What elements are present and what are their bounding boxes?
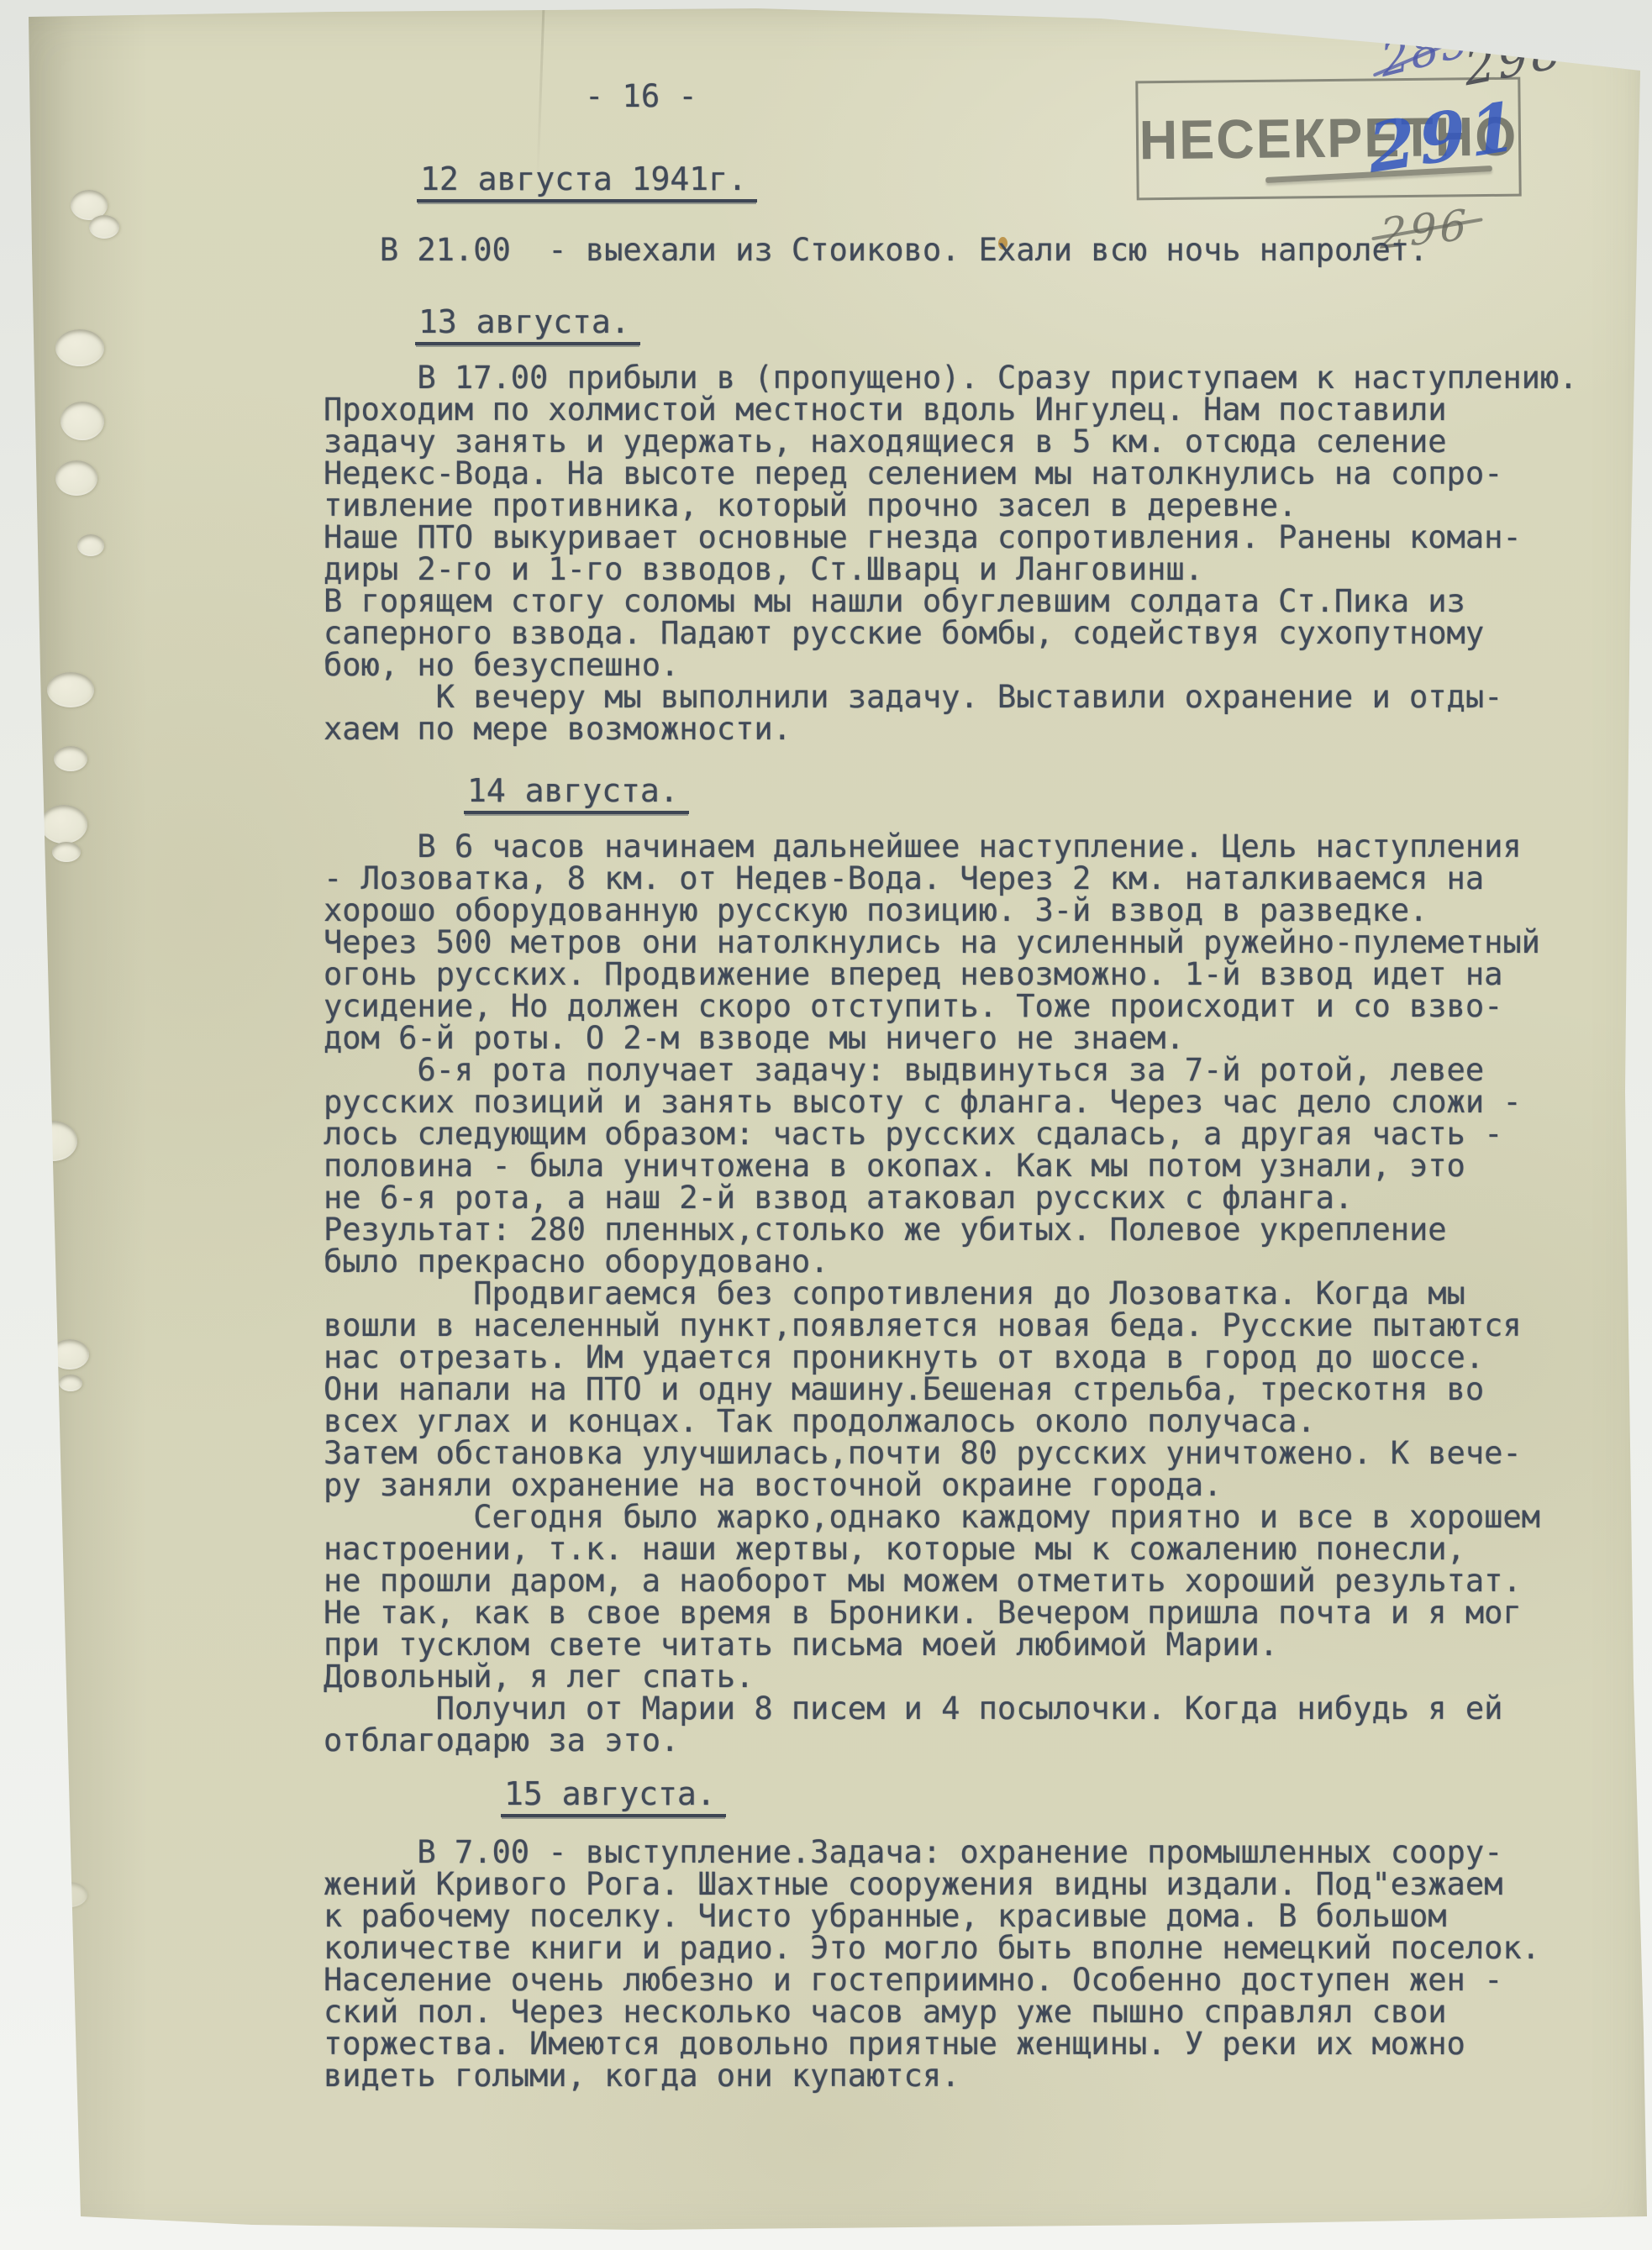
- entry-date-text: 14 августа.: [464, 775, 689, 814]
- punch-hole: [40, 805, 87, 844]
- punch-hole: [89, 215, 119, 239]
- punch-hole: [61, 402, 104, 440]
- entry-date-heading: 13 августа.: [418, 306, 640, 345]
- entry-paragraph: 6-я рота получает задачу: выдвинуться за…: [324, 1054, 1522, 1278]
- entry-paragraph: Продвигаемся без сопротивления до Лозова…: [324, 1278, 1522, 1501]
- entry-paragraph: Сегодня было жарко,однако каждому приятн…: [324, 1501, 1540, 1757]
- paper-crease: [536, 0, 545, 181]
- entry-date-heading: 12 августа 1941г.: [420, 163, 757, 202]
- entry-paragraph: В 21.00 - выехали из Стоиково. Ехали всю…: [324, 234, 1428, 266]
- handwritten-number-crossed-blue: 285: [1378, 13, 1472, 88]
- punch-hole: [55, 329, 104, 366]
- punch-hole: [29, 1121, 77, 1161]
- document-page: - 16 - НЕСЕКРЕТНО 285 298 291 296 12 авг…: [0, 0, 1652, 2250]
- entry-date-heading: 15 августа.: [504, 1778, 726, 1817]
- entry-date-text: 13 августа.: [415, 306, 640, 345]
- entry-date-heading: 14 августа.: [467, 775, 689, 814]
- entry-date-text: 15 августа.: [501, 1778, 726, 1817]
- punch-hole: [59, 1375, 82, 1391]
- entry-date-text: 12 августа 1941г.: [417, 163, 757, 202]
- punch-hole: [52, 1882, 87, 1907]
- page-number: - 16 -: [585, 81, 697, 113]
- punch-hole: [50, 1339, 89, 1369]
- punch-hole: [47, 672, 94, 707]
- punch-hole: [54, 746, 87, 771]
- punch-hole: [52, 842, 81, 862]
- entry-paragraph: В 6 часов начинаем дальнейшее наступлени…: [324, 831, 1540, 1054]
- punch-hole: [77, 534, 104, 556]
- entry-paragraph: В 17.00 прибыли в (пропущено). Сразу при…: [324, 362, 1577, 745]
- punch-hole: [55, 460, 97, 496]
- entry-paragraph: В 7.00 - выступление.Задача: охранение п…: [324, 1837, 1540, 2092]
